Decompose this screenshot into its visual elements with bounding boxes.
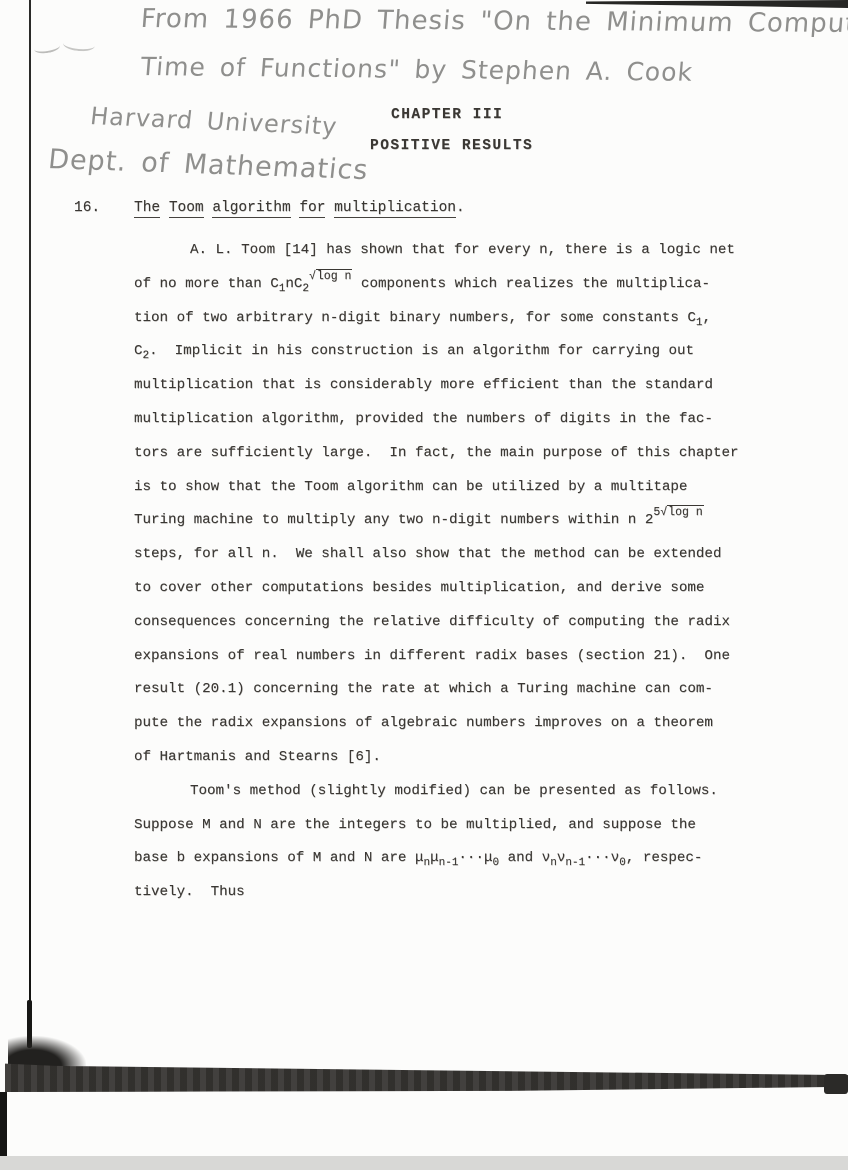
scan-left-edge-line [29,0,31,1012]
body-line: pute the radix expansions of algebraic n… [134,707,814,741]
chapter-heading: CHAPTER III [391,107,503,123]
body-text: A. L. Toom [14] has shown that for every… [134,234,814,910]
scanned-page: { "annotations": { "line1": "From 1966 P… [0,0,848,1170]
scan-bottom-shadow-band [5,1063,848,1092]
section-number: 16. [74,200,100,216]
body-line: C2. Implicit in his construction is an a… [134,335,814,369]
body-line: consequences concerning the relative dif… [134,606,814,640]
body-line: of no more than C1nC2√log n components w… [134,268,814,302]
handwritten-annotation-line2: Time of Functions" by Stephen A. Cook [140,52,695,87]
handwritten-affiliation-university: Harvard University [89,102,339,141]
body-line: expansions of real numbers in different … [134,640,814,674]
section-title: The Toom algorithm for multiplication. [134,200,465,216]
body-line: Toom's method (slightly modified) can be… [134,775,814,809]
body-line: tively. Thus [134,876,814,910]
body-line: of Hartmanis and Stearns [6]. [134,741,814,775]
scan-bottom-right-blob [824,1074,848,1094]
body-line: to cover other computations besides mult… [134,572,814,606]
section-title-word: algorithm [212,200,290,218]
body-line: steps, for all n. We shall also show tha… [134,538,814,572]
body-line: Turing machine to multiply any two n-dig… [134,504,814,538]
body-line: A. L. Toom [14] has shown that for every… [134,234,814,268]
chapter-subtitle: POSITIVE RESULTS [370,138,533,154]
handwritten-affiliation-department: Dept. of Mathematics [47,144,370,186]
handwritten-annotation-line1: From 1966 PhD Thesis "On the Minimum Com… [140,4,848,39]
pencil-smudge [33,40,60,55]
scanner-background-bar [0,1156,848,1170]
body-line: tors are sufficiently large. In fact, th… [134,437,814,471]
section-title-word: for [299,200,325,218]
scan-edge-flare [8,1036,86,1066]
body-line: is to show that the Toom algorithm can b… [134,471,814,505]
section-title-word: The [134,200,160,218]
body-line: multiplication that is considerably more… [134,369,814,403]
body-line: result (20.1) concerning the rate at whi… [134,673,814,707]
body-line: tion of two arbitrary n-digit binary num… [134,302,814,336]
section-title-word: Toom [169,200,204,218]
body-line: Suppose M and N are the integers to be m… [134,809,814,843]
body-line: base b expansions of M and N are μnμn-1·… [134,842,814,876]
body-line: multiplication algorithm, provided the n… [134,403,814,437]
section-title-word: multiplication [334,200,456,218]
pencil-smudge [62,37,95,53]
